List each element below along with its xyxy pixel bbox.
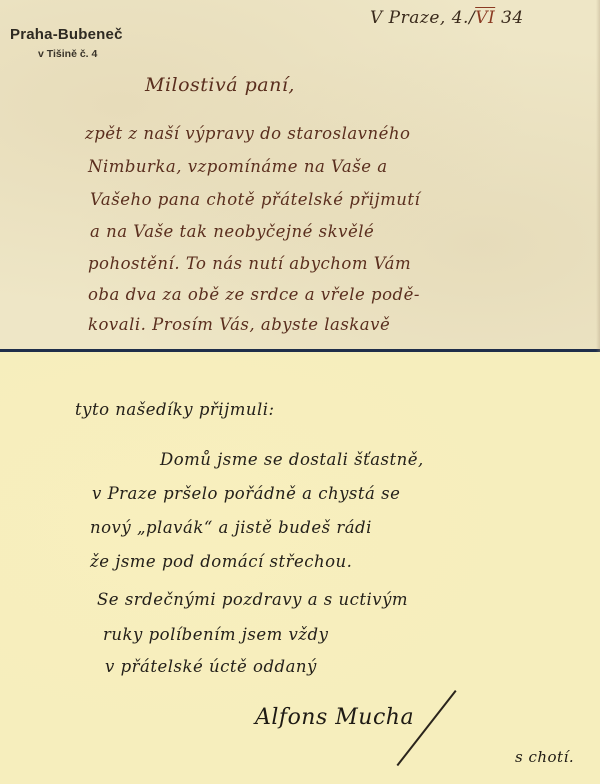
letter-line: zpět z naší výpravy do staroslavného (85, 124, 410, 143)
letter-line: oba dva za obě ze srdce a vřele podě- (88, 285, 420, 304)
letter-line: pohostění. To nás nutí abychom Vám (88, 254, 411, 273)
date-month: VI (475, 8, 495, 28)
letter-card-top: Praha-Bubeneč v Tišině č. 4 V Praze, 4./… (0, 0, 600, 352)
letter-line: v Praze pršelo pořádně a chystá se (92, 484, 400, 503)
letter-date: V Praze, 4./VI 34 (370, 8, 524, 28)
letter-line: Vašeho pana chotě přátelské přijmutí (90, 190, 420, 209)
letter-line: ruky políbením jsem vždy (103, 625, 328, 644)
letter-line: že jsme pod domácí střechou. (90, 552, 352, 571)
letter-line: Domů jsme se dostali šťastně, (160, 450, 424, 469)
letter-line: tyto našedíky přijmuli: (75, 400, 275, 419)
date-day: 4. (452, 8, 469, 28)
paper-edge (596, 0, 600, 352)
letter-greeting: Milostivá paní, (145, 74, 295, 96)
date-place: V Praze, (370, 8, 446, 28)
letter-line: v přátelské úctě oddaný (105, 657, 317, 676)
letter-line: kovali. Prosím Vás, abyste laskavě (88, 315, 390, 334)
letterhead-city: Praha-Bubeneč (10, 26, 123, 43)
signature-suffix: s chotí. (515, 748, 574, 766)
letter-line: a na Vaše tak neobyčejné skvělé (90, 222, 374, 241)
letter-line: Nimburka, vzpomínáme na Vaše a (88, 157, 388, 176)
signature: Alfons Mucha (255, 705, 414, 730)
letter-line: Se srdečnými pozdravy a s uctivým (97, 590, 408, 609)
letter-line: nový „plavák“ a jistě budeš rádi (90, 518, 372, 537)
letterhead-street: v Tišině č. 4 (38, 48, 97, 60)
date-year: 34 (501, 8, 524, 28)
